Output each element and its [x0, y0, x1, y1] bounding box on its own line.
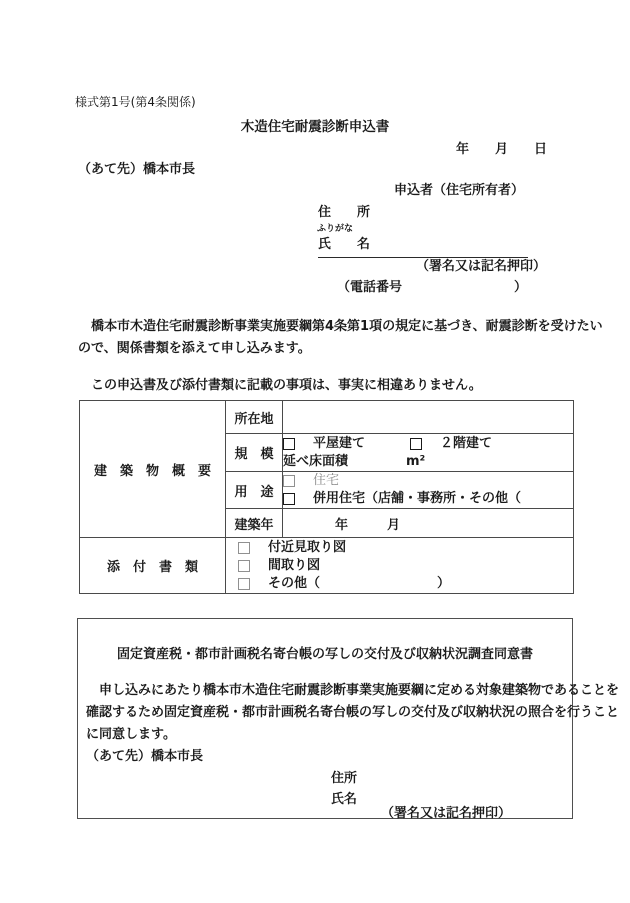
use-cell: 住宅 併用住宅（店舗・事務所・その他（ — [283, 472, 574, 509]
phone-close-paren: ） — [514, 276, 527, 295]
attachments-cell: 付近見取り図 間取り図 その他（ ） — [226, 538, 574, 594]
checkbox-icon[interactable] — [283, 475, 295, 487]
use-option-label: 住宅 — [313, 472, 339, 490]
attachment-item-label: 付近見取り図 — [268, 539, 346, 556]
paragraph1-line1: 橋本市木造住宅耐震診断事業実施要綱第4条第1項の規定に基づき、耐震診断を受けたい — [78, 315, 603, 334]
checkbox-icon[interactable] — [238, 560, 250, 572]
attachment-item-label: その他（ ） — [268, 575, 450, 592]
consent-signature-note: （署名又は記名押印） — [381, 802, 511, 821]
page-title: 木造住宅耐震診断申込書 — [0, 115, 630, 135]
use-label: 用 途 — [226, 472, 283, 509]
table-row: 建 築 物 概 要 所在地 — [80, 401, 574, 434]
application-form-page: 様式第1号(第4条関係) 木造住宅耐震診断申込書 年 月 日 （あて先）橋本市長… — [0, 0, 630, 903]
build-year-label: 建築年 — [226, 509, 283, 538]
checkbox-icon[interactable] — [410, 438, 422, 450]
section-label-attachments: 添 付 書 類 — [80, 538, 226, 594]
scale-label: 規 模 — [226, 434, 283, 472]
checkbox-icon[interactable] — [238, 578, 250, 590]
date-line: 年 月 日 — [456, 138, 547, 157]
location-value-cell[interactable] — [283, 401, 574, 434]
checkbox-icon[interactable] — [238, 542, 250, 554]
paragraph1-line2: ので、関係書類を添えて申し込みます。 — [78, 337, 311, 356]
name-label: 氏 名 — [318, 237, 370, 252]
scale-cell: 平屋建て ２階建て 延べ床面積 m² — [283, 434, 574, 472]
consent-body-line1: 申し込みにあたり橋本市木造住宅耐震診断事業実施要綱に定める対象建築物であることを — [86, 679, 619, 698]
section-label-building: 建 築 物 概 要 — [80, 401, 226, 538]
phone-field[interactable]: （電話番号 ） — [337, 276, 527, 295]
building-overview-table: 建 築 物 概 要 所在地 規 模 平屋建て ２階建て 延べ床面積 m² — [79, 400, 574, 594]
checkbox-icon[interactable] — [283, 493, 295, 505]
checkbox-icon[interactable] — [283, 438, 295, 450]
consent-addressee: （あて先）橋本市長 — [86, 745, 203, 764]
location-label: 所在地 — [226, 401, 283, 434]
consent-title: 固定資産税・都市計画税名寄台帳の写しの交付及び収納状況調査同意書 — [78, 643, 572, 662]
paragraph2: この申込書及び添付書類に記載の事項は、事実に相違ありません。 — [78, 374, 482, 393]
scale-option-label: 平屋建て — [313, 435, 365, 453]
applicant-label: 申込者（住宅所有者） — [394, 179, 524, 198]
consent-section: 固定資産税・都市計画税名寄台帳の写しの交付及び収納状況調査同意書 申し込みにあた… — [77, 618, 573, 819]
attachment-item-label: 間取り図 — [268, 557, 320, 574]
form-number: 様式第1号(第4条関係) — [75, 93, 196, 110]
scale-option-label: ２階建て — [440, 435, 492, 453]
consent-name-label: 氏名 — [331, 788, 357, 807]
table-row: 添 付 書 類 付近見取り図 間取り図 その他（ ） — [80, 538, 574, 594]
address-label: 住 所 — [318, 201, 370, 220]
floor-area-unit: m² — [406, 453, 425, 471]
use-option-label: 併用住宅（店舗・事務所・その他（ — [313, 490, 521, 508]
consent-address-label: 住所 — [331, 767, 357, 786]
consent-body-line2: 確認するため固定資産税・都市計画税名寄台帳の写しの交付及び収納状況の照合を行うこ… — [86, 701, 619, 720]
consent-body-line3: に同意します。 — [86, 723, 176, 742]
signature-note: （署名又は記名押印） — [416, 255, 546, 274]
build-year-cell[interactable]: 年 月 — [283, 509, 574, 538]
addressee-line: （あて先）橋本市長 — [78, 158, 195, 177]
floor-area-label: 延べ床面積 — [283, 453, 348, 471]
phone-label: （電話番号 — [337, 276, 402, 295]
build-year-value: 年 月 — [283, 518, 400, 533]
